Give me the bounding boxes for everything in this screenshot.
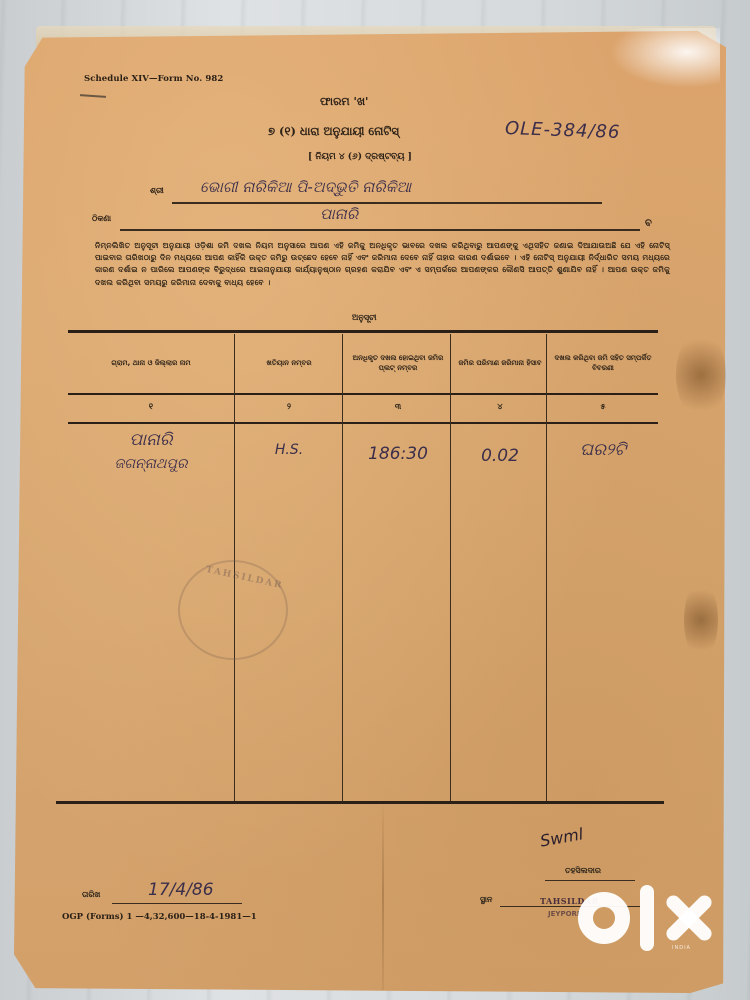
date-value: 17/4/86 — [148, 880, 214, 900]
column-divider — [450, 334, 451, 801]
schedule-form-number: Schedule XIV—Form No. 982 — [84, 74, 223, 84]
cell-area: 0.02 — [454, 446, 546, 466]
officer-title: ତହସିଲଦାର — [565, 866, 601, 876]
form-title: ଫାରମ 'ଖ' — [320, 95, 368, 109]
column-number: ୪ — [454, 402, 546, 412]
address-label: ଠିକଣା — [92, 214, 111, 224]
cell-remarks: ଘର୨ଟି — [548, 440, 658, 460]
header-khata: ଖତିୟାନ ନମ୍ବର — [236, 334, 342, 392]
olx-o-glyph — [578, 892, 630, 944]
paper-stain — [684, 580, 718, 660]
to-label: ଶ୍ରୀ — [150, 186, 164, 196]
olx-watermark-logo — [578, 882, 718, 954]
olx-x-glyph — [664, 893, 714, 943]
olx-watermark-sub: INDIA — [672, 945, 691, 951]
rule-reference: [ ନିୟମ ୪ (୬) ଦ୍ରଷ୍ଟବ୍ୟ ] — [308, 152, 412, 162]
column-number: ୫ — [548, 402, 658, 412]
header-plot: ଅନଧିକୃତ ଦଖଲ ହୋଇଥିବା ଜମିର ପ୍ଲଟ୍ ନମ୍ବର — [346, 334, 450, 392]
header-village: ଗ୍ରାମ, ଥାନା ଓ ଜିଲ୍ଲାର ନାମ — [68, 334, 234, 392]
printer-imprint: OGP (Forms) 1 —4,32,600—18-4-1981—1 — [62, 912, 257, 922]
column-number: ୩ — [346, 402, 450, 412]
cell-khata: H.S. — [236, 442, 342, 458]
schedule-heading: ଅନୁସୂଚୀ — [352, 313, 376, 323]
column-number: ୨ — [236, 402, 342, 412]
address-underline — [120, 229, 640, 231]
address-end-mark: ବ — [645, 218, 652, 229]
header-bottom-rule — [68, 393, 658, 395]
place-label: ସ୍ଥାନ — [480, 895, 492, 905]
header-area: ଜମିର ପରିମାଣ ଜରିମାନା ହିସାବ — [454, 334, 546, 392]
number-row-rule — [68, 422, 658, 424]
cell-village: ପାନାରି — [68, 430, 234, 450]
date-underline — [112, 903, 242, 904]
schedule-table: ଗ୍ରାମ, ଥାନା ଓ ଜିଲ୍ଲାର ନାମ ଖତିୟାନ ନମ୍ବର ଅ… — [68, 330, 658, 805]
file-number: OLE-384/86 — [505, 118, 621, 143]
tahsildar-location: JEYPORE — [548, 910, 582, 918]
notice-body-text: ନିମ୍ନଲିଖିତ ଅନୁସୂଚୀ ଅନୁଯାୟୀ ଓଡ଼ିଶା ଜମି ଦଖ… — [95, 240, 670, 289]
cell-plot: 186:30 — [346, 444, 450, 464]
header-remarks: ଦଖଲ କରିଥିବା ଜମି ସହିତ ସମ୍ପର୍କିତ ବିବରଣୀ — [548, 334, 658, 392]
date-label: ତାରିଖ — [82, 890, 100, 900]
notice-title: ୭ (୧) ଧାରା ଅନୁଯାୟୀ ନୋଟିସ୍ — [268, 124, 399, 139]
olx-l-glyph — [640, 885, 654, 951]
table-top-rule — [68, 330, 658, 333]
paper-stain — [676, 330, 726, 420]
table-bottom-rule — [56, 801, 664, 804]
light-glare — [610, 28, 720, 88]
paper-fold — [382, 800, 384, 990]
address-value: ପାନାରି — [320, 205, 358, 223]
column-number: ୧ — [68, 402, 234, 412]
to-underline — [172, 202, 602, 204]
cell-village-line2: ଜଗନ୍ନାଥପୁର — [68, 456, 234, 472]
recipient-name: ଭୋଗୀ ନାରିକିଆ ପି-ଅଦ୍ଭୁତି ନାରିକିଆ — [200, 178, 411, 196]
column-divider — [342, 334, 343, 801]
